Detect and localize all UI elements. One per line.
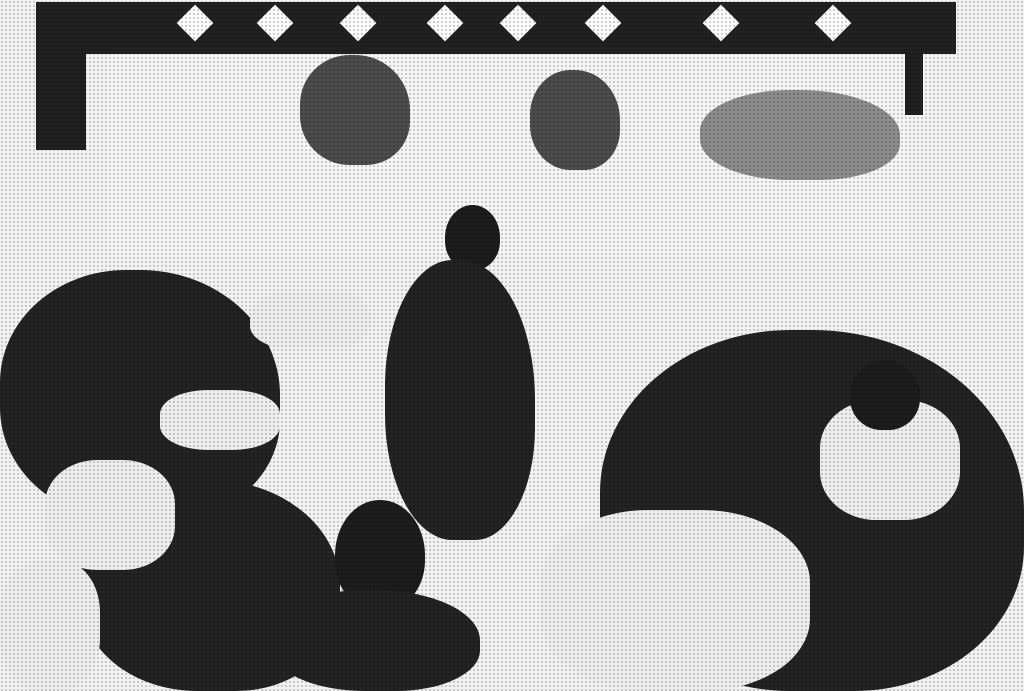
halftone-grain xyxy=(0,0,1024,691)
crowd-photograph xyxy=(0,0,1024,691)
